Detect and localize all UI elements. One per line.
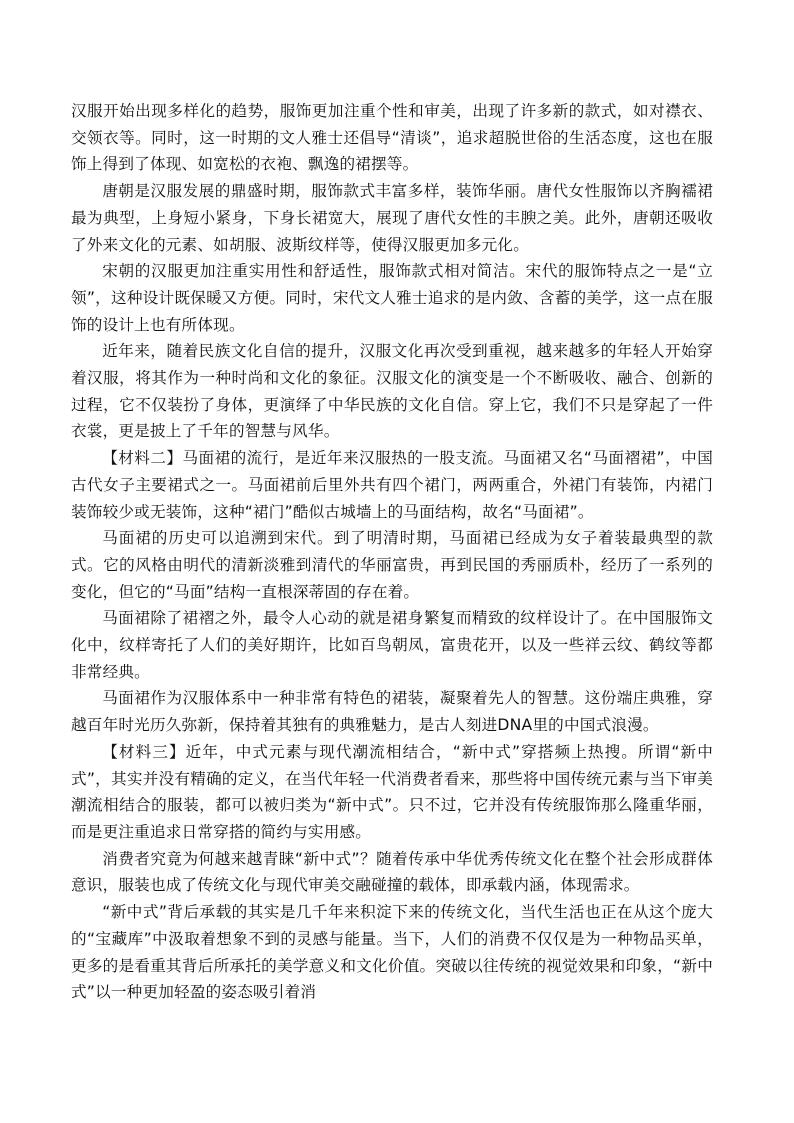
paragraph-cultural-treasure: “新中式”背后承载的其实是几千年来积淀下来的传统文化，当代生活也正在从这个庞大的… (71, 899, 713, 1006)
paragraph-modern-revival: 近年来，随着民族文化自信的提升，汉服文化再次受到重视，越来越多的年轻人开始穿着汉… (71, 338, 713, 445)
paragraph-tang-dynasty: 唐朝是汉服发展的鼎盛时期，服饰款式丰富多样，装饰华丽。唐代女性服饰以齐胸襦裙最为… (71, 178, 713, 258)
document-page: 汉服开始出现多样化的趋势，服饰更加注重个性和审美，出现了许多新的款式，如对襟衣、… (71, 98, 713, 1006)
paragraph-song-dynasty: 宋朝的汉服更加注重实用性和舒适性，服饰款式相对简洁。宋代的服饰特点之一是“立领”… (71, 258, 713, 338)
paragraph-wei-jin-hanfu: 汉服开始出现多样化的趋势，服饰更加注重个性和审美，出现了许多新的款式，如对襟衣、… (71, 98, 713, 178)
paragraph-mamianqun-history: 马面裙的历史可以追溯到宋代。到了明清时期，马面裙已经成为女子着装最典型的款式。它… (71, 525, 713, 605)
paragraph-material-three-intro: 【材料三】近年，中式元素与现代潮流相结合，“新中式”穿搭频上热搜。所谓“新中式”… (71, 739, 713, 846)
paragraph-mamianqun-patterns: 马面裙除了裙褶之外，最令人心动的就是裙身繁复而精致的纹样设计了。在中国服饰文化中… (71, 605, 713, 685)
paragraph-material-two-intro: 【材料二】马面裙的流行，是近年来汉服热的一股支流。马面裙又名“马面褶裙”，中国古… (71, 445, 713, 525)
paragraph-mamianqun-wisdom: 马面裙作为汉服体系中一种非常有特色的裙装，凝聚着先人的智慧。这份端庄典雅，穿越百… (71, 685, 713, 738)
paragraph-consumer-preference: 消费者究竟为何越来越青睐“新中式”？随着传承中华优秀传统文化在整个社会形成群体意… (71, 846, 713, 899)
